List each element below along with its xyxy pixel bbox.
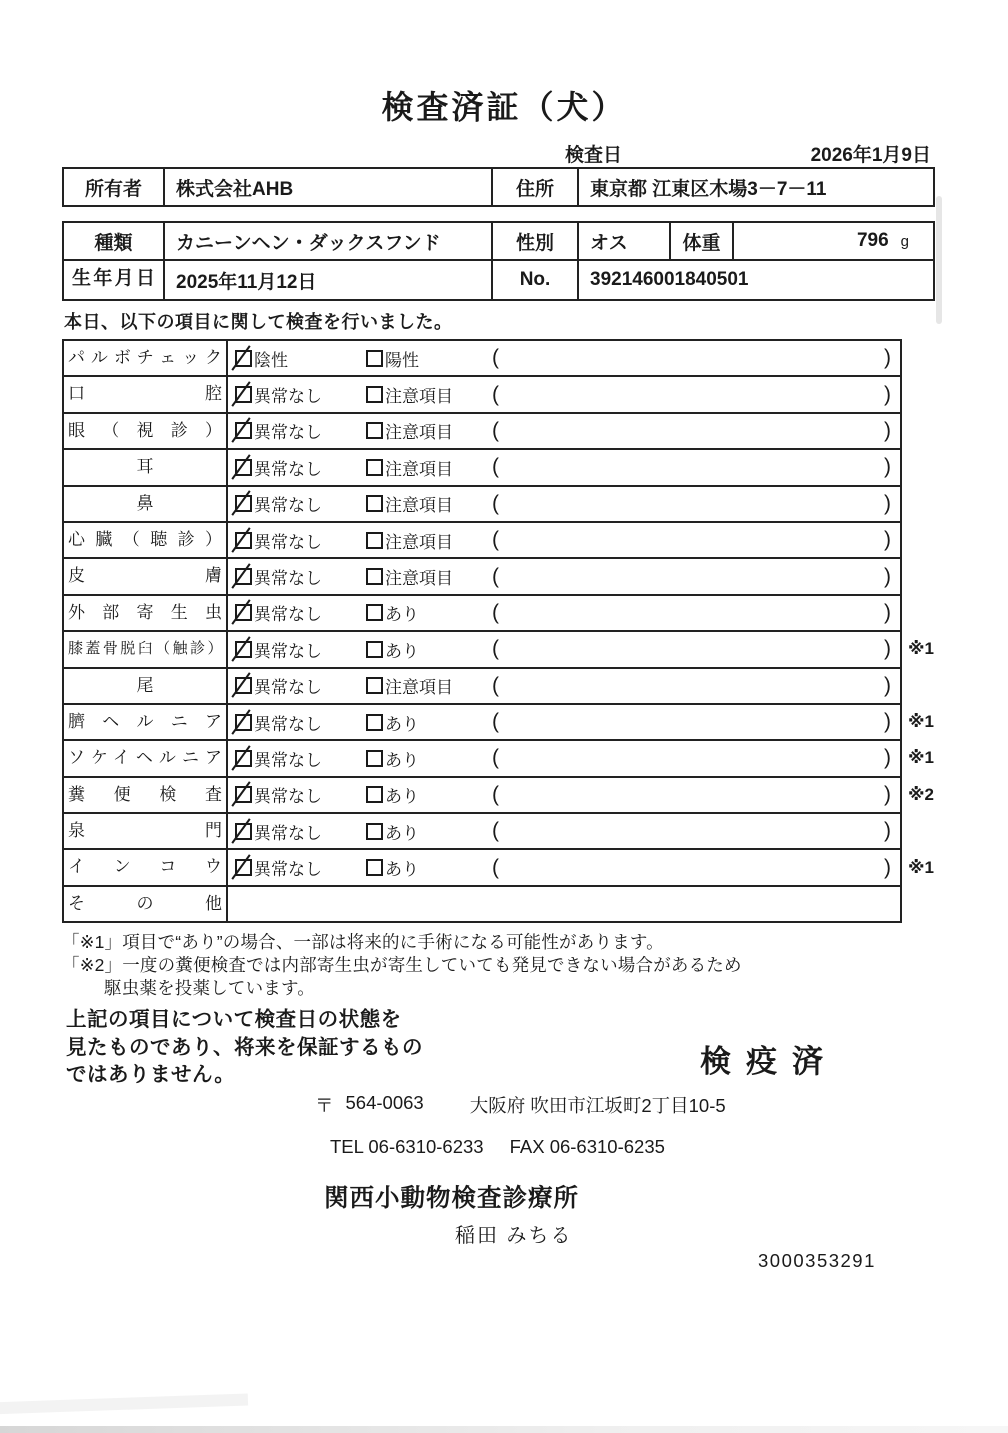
postal-code: 564-0063 bbox=[346, 1092, 424, 1118]
paren-close: ) bbox=[884, 674, 891, 698]
scan-streak bbox=[936, 196, 942, 324]
exam-row: 鼻異常なし注意項目() bbox=[64, 487, 900, 523]
exam-option-label: 異常なし bbox=[254, 528, 322, 553]
exam-option-label: 注意項目 bbox=[385, 564, 453, 589]
paren-open: ( bbox=[492, 783, 499, 807]
no-value: 392146001840501 bbox=[579, 261, 933, 299]
exam-option-label: 異常なし bbox=[254, 819, 322, 844]
intro-text: 本日、以下の項目に関して検査を行いました。 bbox=[64, 308, 453, 334]
exam-row: 心臓（聴診）異常なし注意項目() bbox=[64, 523, 900, 559]
breed-label: 種類 bbox=[64, 223, 165, 261]
checkbox-checked-icon bbox=[235, 604, 252, 621]
exam-row-label: 心臓（聴診） bbox=[64, 523, 228, 557]
checkbox-checked-icon bbox=[235, 532, 252, 549]
footnote-mark: ※1 bbox=[904, 748, 942, 768]
exam-option-label: 注意項目 bbox=[385, 382, 453, 407]
scan-smudge bbox=[0, 1393, 248, 1414]
exam-row-body: 異常なし注意項目() bbox=[228, 523, 900, 557]
scan-edge-shadow bbox=[0, 1426, 1008, 1433]
exam-option-label: 異常なし bbox=[254, 746, 322, 771]
paren-close: ) bbox=[884, 819, 891, 843]
exam-option: 異常なし bbox=[235, 487, 322, 521]
paren-open: ( bbox=[492, 492, 499, 516]
birth-label: 生年月日 bbox=[64, 261, 165, 299]
checkbox-unchecked-icon bbox=[366, 823, 383, 840]
address-label: 住所 bbox=[493, 169, 579, 205]
checkbox-unchecked-icon bbox=[366, 422, 383, 439]
exam-option-label: あり bbox=[385, 637, 419, 662]
exam-option: 異常なし bbox=[235, 669, 322, 703]
checkbox-checked-icon bbox=[235, 568, 252, 585]
paren-close: ) bbox=[884, 601, 891, 625]
checkbox-unchecked-icon bbox=[366, 568, 383, 585]
exam-row-label: 臍ヘルニア bbox=[64, 705, 228, 739]
exam-option: 陽性 bbox=[366, 341, 419, 375]
footnote-mark: ※2 bbox=[904, 785, 942, 805]
sex-value: オス bbox=[579, 223, 671, 261]
paren-open: ( bbox=[492, 419, 499, 443]
exam-option: 異常なし bbox=[235, 850, 322, 884]
exam-option: 注意項目 bbox=[366, 487, 453, 521]
paren-open: ( bbox=[492, 819, 499, 843]
exam-option: 異常なし bbox=[235, 741, 322, 775]
exam-option: 異常なし bbox=[235, 632, 322, 666]
exam-row-body: 異常なしあり() bbox=[228, 741, 900, 775]
clinic-postal-line: 〒 564-0063 大阪府 吹田市江坂町2丁目10-5 bbox=[315, 1092, 726, 1118]
exam-option-label: 異常なし bbox=[254, 564, 322, 589]
checkbox-unchecked-icon bbox=[366, 859, 383, 876]
exam-row-body: 異常なしあり() bbox=[228, 850, 900, 884]
paren-open: ( bbox=[492, 856, 499, 880]
exam-row-body: 陰性陽性() bbox=[228, 341, 900, 375]
checkbox-unchecked-icon bbox=[366, 750, 383, 767]
exam-option-label: 注意項目 bbox=[385, 528, 453, 553]
paren-close: ) bbox=[884, 746, 891, 770]
exam-row: 口腔異常なし注意項目() bbox=[64, 377, 900, 413]
exam-row-label: 皮膚 bbox=[64, 559, 228, 593]
checkbox-unchecked-icon bbox=[366, 532, 383, 549]
owner-label: 所有者 bbox=[64, 169, 165, 205]
exam-row: 皮膚異常なし注意項目() bbox=[64, 559, 900, 595]
exam-row-body: 異常なし注意項目() bbox=[228, 487, 900, 521]
exam-option-label: 異常なし bbox=[254, 418, 322, 443]
exam-option: 異常なし bbox=[235, 377, 322, 411]
exam-row: 耳異常なし注意項目() bbox=[64, 450, 900, 486]
exam-table: パルボチェック陰性陽性()口腔異常なし注意項目()眼（視診）異常なし注意項目()… bbox=[62, 339, 902, 923]
weight-value: 796 g bbox=[734, 223, 933, 261]
exam-row-body: 異常なしあり() bbox=[228, 814, 900, 848]
exam-row-label: 泉門 bbox=[64, 814, 228, 848]
exam-option-label: 注意項目 bbox=[385, 491, 453, 516]
exam-row-body: 異常なしあり() bbox=[228, 705, 900, 739]
weight-unit: g bbox=[901, 233, 909, 250]
exam-option: 異常なし bbox=[235, 523, 322, 557]
exam-option-label: あり bbox=[385, 782, 419, 807]
exam-option: あり bbox=[366, 596, 419, 630]
exam-option-label: 注意項目 bbox=[385, 455, 453, 480]
quarantine-stamp: 検疫済 bbox=[700, 1036, 838, 1081]
paren-close: ) bbox=[884, 528, 891, 552]
exam-row-body: 異常なしあり() bbox=[228, 596, 900, 630]
exam-row: 外部寄生虫異常なしあり() bbox=[64, 596, 900, 632]
inspection-date-row: 検査日 2026年1月9日 bbox=[565, 140, 931, 167]
exam-option: 注意項目 bbox=[366, 414, 453, 448]
checkbox-checked-icon bbox=[235, 750, 252, 767]
exam-row-label: パルボチェック bbox=[64, 341, 228, 375]
paren-open: ( bbox=[492, 346, 499, 370]
owner-value: 株式会社AHB bbox=[165, 169, 493, 205]
exam-row-body: 異常なし注意項目() bbox=[228, 414, 900, 448]
exam-row-body: 異常なし注意項目() bbox=[228, 669, 900, 703]
paren-close: ) bbox=[884, 783, 891, 807]
exam-row-label: インコウ bbox=[64, 850, 228, 884]
checkbox-unchecked-icon bbox=[366, 386, 383, 403]
exam-row-label: ソケイヘルニア bbox=[64, 741, 228, 775]
checkbox-unchecked-icon bbox=[366, 677, 383, 694]
exam-option-label: 異常なし bbox=[254, 637, 322, 662]
exam-option: 異常なし bbox=[235, 778, 322, 812]
paren-open: ( bbox=[492, 383, 499, 407]
birth-value: 2025年11月12日 bbox=[165, 261, 493, 299]
paren-close: ) bbox=[884, 856, 891, 880]
checkbox-checked-icon bbox=[235, 495, 252, 512]
exam-row: その他 bbox=[64, 887, 900, 921]
paren-close: ) bbox=[884, 346, 891, 370]
checkbox-checked-icon bbox=[235, 350, 252, 367]
no-label: No. bbox=[493, 261, 579, 299]
paren-close: ) bbox=[884, 565, 891, 589]
exam-option-label: 異常なし bbox=[254, 673, 322, 698]
checkbox-unchecked-icon bbox=[366, 495, 383, 512]
checkbox-unchecked-icon bbox=[366, 714, 383, 731]
exam-option: 異常なし bbox=[235, 705, 322, 739]
breed-value: カニーンヘン・ダックスフンド bbox=[165, 223, 493, 261]
sex-label: 性別 bbox=[493, 223, 579, 261]
exam-option: 注意項目 bbox=[366, 377, 453, 411]
checkbox-checked-icon bbox=[235, 859, 252, 876]
exam-row-label: 鼻 bbox=[64, 487, 228, 521]
exam-option-label: 異常なし bbox=[254, 782, 322, 807]
exam-option-label: あり bbox=[385, 710, 419, 735]
exam-option: あり bbox=[366, 741, 419, 775]
checkbox-unchecked-icon bbox=[366, 604, 383, 621]
paren-open: ( bbox=[492, 455, 499, 479]
exam-option-label: 陰性 bbox=[254, 346, 288, 371]
exam-option: 異常なし bbox=[235, 814, 322, 848]
footnote-1: 「※1」項目で“あり”の場合、一部は将来的に手術になる可能性があります。 bbox=[62, 929, 664, 954]
exam-option-label: 異常なし bbox=[254, 710, 322, 735]
exam-option: あり bbox=[366, 778, 419, 812]
serial-number: 3000353291 bbox=[758, 1250, 876, 1272]
exam-option: 注意項目 bbox=[366, 450, 453, 484]
checkbox-checked-icon bbox=[235, 823, 252, 840]
pet-table: 種類 カニーンヘン・ダックスフンド 性別 オス 体重 796 g 生年月日 20… bbox=[62, 221, 935, 301]
page-title: 検査済証（犬） bbox=[0, 82, 1008, 128]
exam-row: インコウ異常なしあり()※1 bbox=[64, 850, 900, 886]
exam-row-label: 尾 bbox=[64, 669, 228, 703]
veterinarian-name: 稲田 みちる bbox=[455, 1219, 573, 1248]
exam-option: 注意項目 bbox=[366, 523, 453, 557]
footnote-mark: ※1 bbox=[904, 712, 942, 732]
paren-open: ( bbox=[492, 710, 499, 734]
exam-option: 異常なし bbox=[235, 559, 322, 593]
checkbox-unchecked-icon bbox=[366, 350, 383, 367]
exam-row: ソケイヘルニア異常なしあり()※1 bbox=[64, 741, 900, 777]
exam-row-body bbox=[228, 887, 900, 921]
exam-row-label: 口腔 bbox=[64, 377, 228, 411]
exam-option: あり bbox=[366, 632, 419, 666]
exam-option-label: 陽性 bbox=[385, 346, 419, 371]
exam-row: パルボチェック陰性陽性() bbox=[64, 341, 900, 377]
clinic-telfax-line: TEL 06-6310-6233 FAX 06-6310-6235 bbox=[330, 1136, 665, 1158]
inspection-date-label: 検査日 bbox=[565, 140, 622, 167]
exam-row-body: 異常なし注意項目() bbox=[228, 559, 900, 593]
exam-row: 糞便検査異常なしあり()※2 bbox=[64, 778, 900, 814]
clinic-tel: TEL 06-6310-6233 bbox=[330, 1136, 484, 1158]
disclaimer-text: 上記の項目について検査日の状態を 見たものであり、将来を保証するもの ではありま… bbox=[66, 1006, 423, 1089]
exam-row: 尾異常なし注意項目() bbox=[64, 669, 900, 705]
exam-option: 異常なし bbox=[235, 450, 322, 484]
exam-row-body: 異常なし注意項目() bbox=[228, 377, 900, 411]
footnote-mark: ※1 bbox=[904, 639, 942, 659]
exam-row-body: 異常なしあり() bbox=[228, 778, 900, 812]
exam-option-label: 異常なし bbox=[254, 382, 322, 407]
exam-option: あり bbox=[366, 850, 419, 884]
paren-close: ) bbox=[884, 419, 891, 443]
exam-option: あり bbox=[366, 705, 419, 739]
checkbox-checked-icon bbox=[235, 386, 252, 403]
footnote-2-line1: 「※2」一度の糞便検査では内部寄生虫が寄生していても発見できない場合があるため bbox=[62, 952, 742, 977]
exam-option-label: あり bbox=[385, 746, 419, 771]
checkbox-unchecked-icon bbox=[366, 459, 383, 476]
checkbox-checked-icon bbox=[235, 459, 252, 476]
postal-mark-icon: 〒 bbox=[315, 1092, 334, 1118]
checkbox-unchecked-icon bbox=[366, 641, 383, 658]
checkbox-unchecked-icon bbox=[366, 786, 383, 803]
paren-close: ) bbox=[884, 492, 891, 516]
clinic-name: 関西小動物検査診療所 bbox=[324, 1179, 579, 1214]
exam-row-label: その他 bbox=[64, 887, 228, 921]
exam-option-label: 異常なし bbox=[254, 855, 322, 880]
exam-row-label: 外部寄生虫 bbox=[64, 596, 228, 630]
clinic-fax: FAX 06-6310-6235 bbox=[510, 1136, 665, 1158]
exam-row: 眼（視診）異常なし注意項目() bbox=[64, 414, 900, 450]
exam-option-label: 注意項目 bbox=[385, 673, 453, 698]
paren-close: ) bbox=[884, 455, 891, 479]
checkbox-checked-icon bbox=[235, 677, 252, 694]
exam-row-label: 膝蓋骨脱臼（触診） bbox=[64, 632, 228, 666]
exam-option: あり bbox=[366, 814, 419, 848]
exam-option: 注意項目 bbox=[366, 559, 453, 593]
exam-row-label: 眼（視診） bbox=[64, 414, 228, 448]
exam-row-body: 異常なしあり() bbox=[228, 632, 900, 666]
weight-label: 体重 bbox=[671, 223, 734, 261]
exam-option-label: あり bbox=[385, 600, 419, 625]
paren-close: ) bbox=[884, 383, 891, 407]
exam-row: 泉門異常なしあり() bbox=[64, 814, 900, 850]
exam-row-label: 糞便検査 bbox=[64, 778, 228, 812]
footnote-mark: ※1 bbox=[904, 858, 942, 878]
paren-open: ( bbox=[492, 674, 499, 698]
exam-option-label: 異常なし bbox=[254, 491, 322, 516]
inspection-date-value: 2026年1月9日 bbox=[811, 140, 931, 167]
exam-option: 陰性 bbox=[235, 341, 288, 375]
clinic-address: 大阪府 吹田市江坂町2丁目10-5 bbox=[470, 1092, 726, 1118]
checkbox-checked-icon bbox=[235, 714, 252, 731]
exam-option-label: あり bbox=[385, 819, 419, 844]
owner-table: 所有者 株式会社AHB 住所 東京都 江東区木場3－7－11 bbox=[62, 167, 935, 207]
exam-row: 臍ヘルニア異常なしあり()※1 bbox=[64, 705, 900, 741]
footnote-2-line2: 駆虫薬を投薬しています。 bbox=[104, 975, 315, 1000]
checkbox-checked-icon bbox=[235, 422, 252, 439]
paren-close: ) bbox=[884, 637, 891, 661]
paren-open: ( bbox=[492, 601, 499, 625]
address-value: 東京都 江東区木場3－7－11 bbox=[579, 169, 933, 205]
exam-option: 注意項目 bbox=[366, 669, 453, 703]
exam-row-label: 耳 bbox=[64, 450, 228, 484]
paren-close: ) bbox=[884, 710, 891, 734]
checkbox-checked-icon bbox=[235, 641, 252, 658]
exam-option-label: 注意項目 bbox=[385, 418, 453, 443]
exam-row: 膝蓋骨脱臼（触診）異常なしあり()※1 bbox=[64, 632, 900, 668]
weight-number: 796 bbox=[857, 230, 889, 252]
exam-option-label: あり bbox=[385, 855, 419, 880]
checkbox-checked-icon bbox=[235, 786, 252, 803]
exam-option-label: 異常なし bbox=[254, 455, 322, 480]
exam-option-label: 異常なし bbox=[254, 600, 322, 625]
paren-open: ( bbox=[492, 528, 499, 552]
paren-open: ( bbox=[492, 746, 499, 770]
exam-option: 異常なし bbox=[235, 414, 322, 448]
exam-option: 異常なし bbox=[235, 596, 322, 630]
exam-row-body: 異常なし注意項目() bbox=[228, 450, 900, 484]
paren-open: ( bbox=[492, 637, 499, 661]
paren-open: ( bbox=[492, 565, 499, 589]
